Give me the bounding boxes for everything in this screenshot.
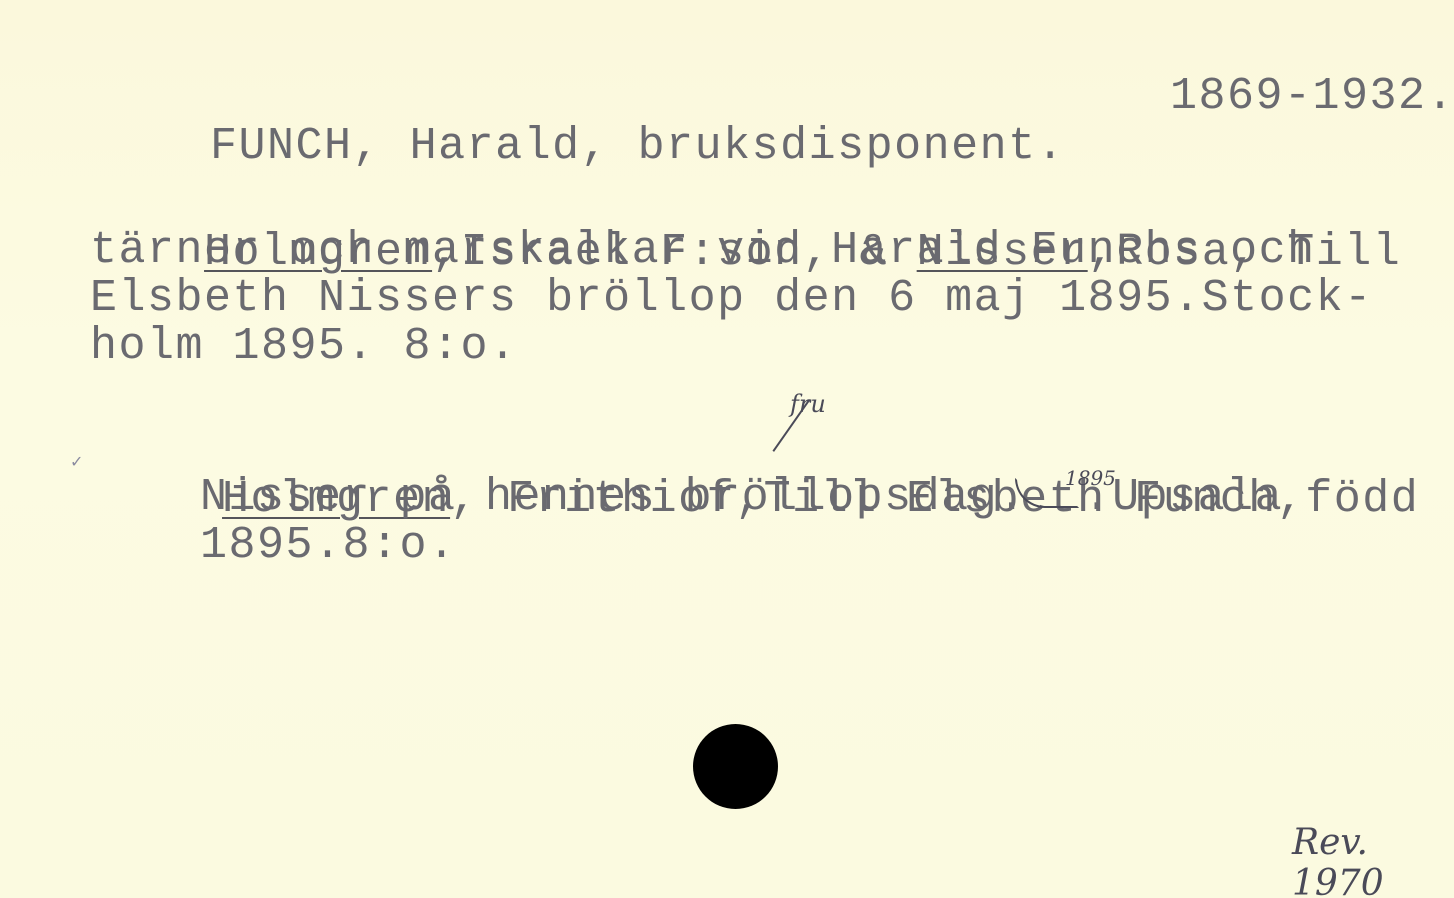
heading-name-occupation: Harald, bruksdisponent.	[381, 121, 1065, 172]
margin-check-mark: ✓	[70, 452, 83, 471]
entry2-line2: Nisser på hennes bröllopsdag. .Upsala	[200, 473, 1283, 523]
handwritten-insert-fru: fru	[790, 390, 826, 418]
entry1-line2: tärnor och marskalkar vid Harald Funchs …	[90, 226, 1316, 276]
heading-surname: FUNCH,	[210, 121, 381, 172]
entry1-line3: Elsbeth Nissers bröllop den 6 maj 1895.S…	[90, 274, 1373, 324]
punched-hole	[693, 724, 778, 809]
catalog-card: FUNCH, Harald, bruksdisponent. 1869-1932…	[0, 0, 1454, 898]
entry1-line4: holm 1895. 8:o.	[90, 322, 518, 372]
entry2-line3: 1895.8:o.	[200, 521, 457, 571]
heading-dates: 1869-1932.	[1170, 72, 1454, 122]
handwritten-revision-note: Rev. 1970	[1292, 822, 1454, 898]
